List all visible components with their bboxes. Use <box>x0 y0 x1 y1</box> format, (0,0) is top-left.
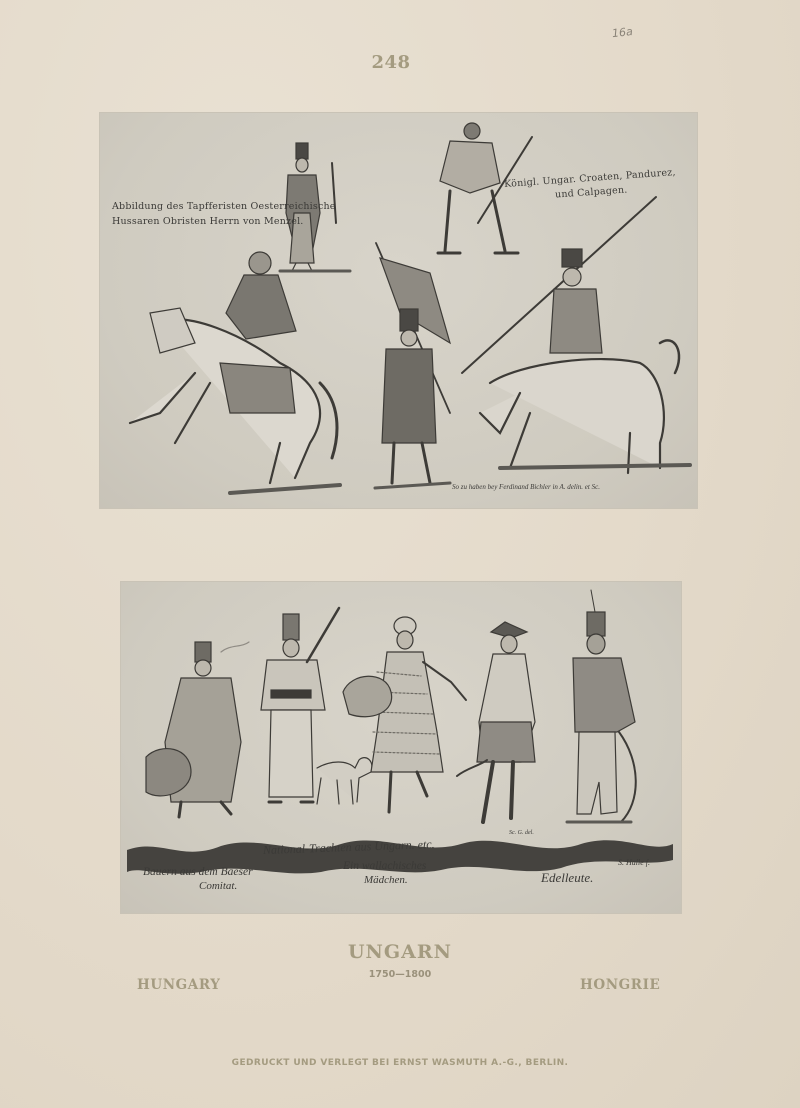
bottom-caption-left-line2: Comitat. <box>199 880 237 892</box>
top-engraving-illustration: Abbildung des Tapfferisten Oesterreichis… <box>100 113 697 508</box>
bottom-caption-left-line1: Bauern aus dem Baeser <box>143 866 253 878</box>
bottom-engraving-illustration: National-Trachten aus Ungarn. etc. Bauer… <box>121 582 681 913</box>
bottom-caption-title: National-Trachten aus Ungarn. etc. <box>263 837 435 858</box>
bottom-caption-center-line2: Mädchen. <box>364 874 408 886</box>
bottom-caption-right: Edelleute. <box>541 870 593 886</box>
top-caption-croaten-line2: und Calpagen. <box>555 184 628 200</box>
handwritten-note: 16a <box>611 25 633 40</box>
plate-dates: 1750—1800 <box>0 969 800 980</box>
bottom-plate-small-mark: Sc. G. del. <box>509 830 534 836</box>
plate-title: UNGARN <box>0 941 800 963</box>
bottom-caption-center-line1: Ein wallachisches <box>343 860 426 872</box>
title-french: HONGRIE <box>580 977 660 993</box>
top-caption-menzel-line1: Abbildung des Tapfferisten Oesterreichis… <box>112 201 336 212</box>
bottom-engraving-plate: National-Trachten aus Ungarn. etc. Bauer… <box>121 582 681 913</box>
title-english: HUNGARY <box>137 977 221 993</box>
publisher-imprint: GEDRUCKT UND VERLEGT BEI ERNST WASMUTH A… <box>0 1058 800 1068</box>
page-number: 248 <box>0 52 782 73</box>
top-plate-imprint: So zu haben bey Ferdinand Bichler in A. … <box>452 483 600 491</box>
top-engraving-plate: Abbildung des Tapfferisten Oesterreichis… <box>100 113 697 508</box>
bottom-plate-signature: S. Halle f. <box>618 858 650 867</box>
top-caption-menzel-line2: Hussaren Obristen Herrn von Menzel. <box>112 216 304 227</box>
